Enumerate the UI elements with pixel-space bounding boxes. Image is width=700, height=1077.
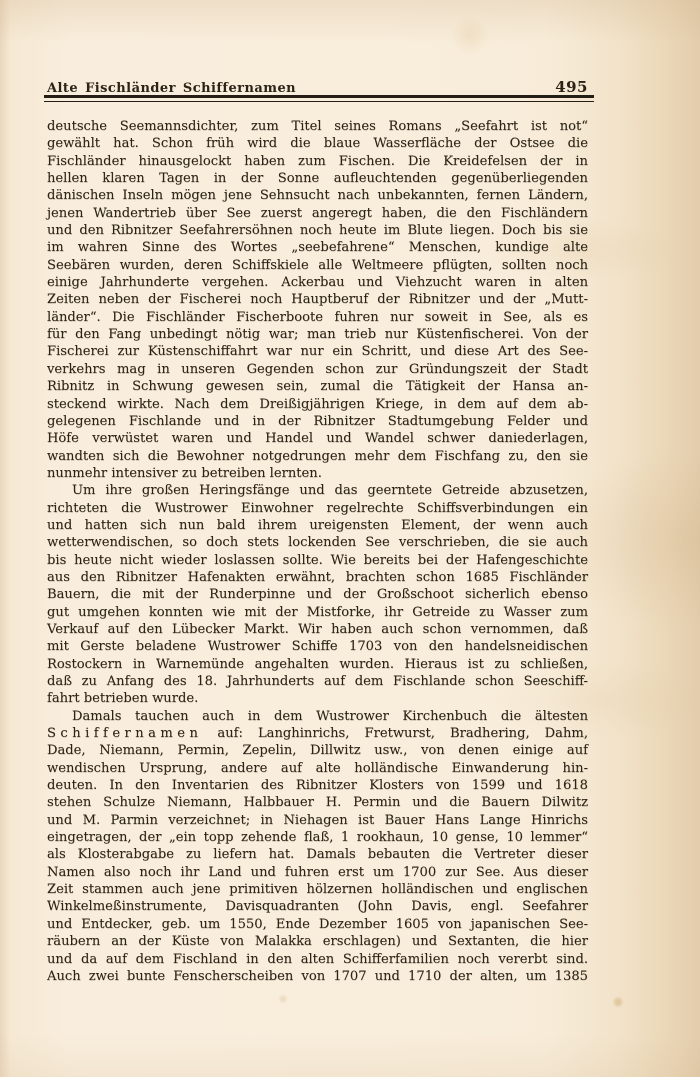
text-line: Zeiten neben der Fischerei noch Hauptber…	[47, 291, 588, 308]
header-rule-thick	[44, 95, 594, 98]
text-line: Bauern, die mit der Runderpinne und der …	[47, 586, 588, 603]
text-line: daß zu Anfang des 18. Jahrhunderts auf d…	[47, 673, 588, 690]
text-line: verkehrs mag in unseren Gegenden schon z…	[47, 361, 588, 378]
text-line: und da auf dem Fischland in den alten Sc…	[47, 951, 588, 968]
text-line: Ribnitz in Schwung gewesen sein, zumal d…	[47, 378, 588, 395]
text-line: für den Fang unbedingt nötig war; man tr…	[47, 326, 588, 343]
text-line: deutsche Seemannsdichter, zum Titel sein…	[47, 118, 588, 135]
page-number: 495	[555, 79, 588, 96]
text-line: nunmehr intensiver zu betreiben lernten.	[47, 465, 588, 482]
body-text: deutsche Seemannsdichter, zum Titel sein…	[47, 118, 588, 985]
text-line: hellen klaren Tagen in der Sonne aufleuc…	[47, 170, 588, 187]
text-line: gelegenen Fischlande und in der Ribnitze…	[47, 413, 588, 430]
text-line: steckend wirkte. Nach dem Dreißigjährige…	[47, 396, 588, 413]
paragraph: deutsche Seemannsdichter, zum Titel sein…	[47, 118, 588, 482]
text-line: Damals tauchen auch in dem Wustrower Kir…	[47, 708, 588, 725]
paragraph: Um ihre großen Heringsfänge und das geer…	[47, 482, 588, 707]
text-line: räubern an der Küste von Malakka erschla…	[47, 933, 588, 950]
text-line: Auch zwei bunte Fenscherscheiben von 170…	[47, 968, 588, 985]
scanned-page: Alte Fischländer Schiffernamen 495 deuts…	[0, 0, 700, 1077]
text-line: bis heute nicht wieder loslassen sollte.…	[47, 552, 588, 569]
text-line: wetterwendischen, so doch stets lockende…	[47, 534, 588, 551]
text-line: dänischen Inseln mögen jene Sehnsucht na…	[47, 187, 588, 204]
text-line: fahrt betrieben wurde.	[47, 690, 588, 707]
text-line: wandten sich die Bewohner notgedrungen m…	[47, 448, 588, 465]
text-line: gut umgehen konnten wie mit der Mistfork…	[47, 604, 588, 621]
text-line: Zeit stammen auch jene primitiven hölzer…	[47, 881, 588, 898]
text-line: Schiffernamen auf: Langhinrichs, Fretwur…	[47, 725, 588, 742]
text-line: und Entdecker, geb. um 1550, Ende Dezemb…	[47, 916, 588, 933]
text-line: Rostockern in Warnemünde angehalten wurd…	[47, 656, 588, 673]
text-line: gewählt hat. Schon früh wird die blaue W…	[47, 135, 588, 152]
text-line: Fischländer hinausgelockt haben zum Fisc…	[47, 153, 588, 170]
page-header: Alte Fischländer Schiffernamen 495	[47, 79, 588, 96]
text-line: einige Jahrhunderte vergehen. Ackerbau u…	[47, 274, 588, 291]
text-line: Höfe verwüstet waren und Handel und Wand…	[47, 430, 588, 447]
text-line: Um ihre großen Heringsfänge und das geer…	[47, 482, 588, 499]
text-line: und hatten sich nun bald ihrem ureigenst…	[47, 517, 588, 534]
text-line: Winkelmeßinstrumente, Davisquadranten (J…	[47, 898, 588, 915]
text-line: und den Ribnitzer Seefahrersöhnen noch h…	[47, 222, 588, 239]
text-line: Verkauf auf den Lübecker Markt. Wir habe…	[47, 621, 588, 638]
text-line: stehen Schulze Niemann, Halbbauer H. Per…	[47, 794, 588, 811]
text-line: als Klosterabgabe zu liefern hat. Damals…	[47, 846, 588, 863]
text-line: und M. Parmin verzeichnet; in Niehagen i…	[47, 812, 588, 829]
text-line: Dade, Niemann, Permin, Zepelin, Dillwitz…	[47, 742, 588, 759]
text-line: eingetragen, der „ein topp zehende flaß,…	[47, 829, 588, 846]
text-line: richteten die Wustrower Einwohner regelr…	[47, 500, 588, 517]
header-rule-thin	[44, 101, 594, 102]
text-line: Seebären wurden, deren Schiffskiele alle…	[47, 257, 588, 274]
text-line: Fischerei zur Küstenschiffahrt war nur e…	[47, 343, 588, 360]
text-line: jenen Wandertrieb über See zuerst angere…	[47, 205, 588, 222]
letterspaced-term: Schiffernamen	[47, 726, 202, 741]
text-line: mit Gerste beladene Wustrower Schiffe 17…	[47, 638, 588, 655]
text-line: aus den Ribnitzer Hafenakten erwähnt, br…	[47, 569, 588, 586]
text-line: Namen also noch ihr Land und fuhren erst…	[47, 864, 588, 881]
text-line: länder“. Die Fischländer Fischerboote fu…	[47, 309, 588, 326]
paragraph: Damals tauchen auch in dem Wustrower Kir…	[47, 708, 588, 986]
text-line: wendischen Ursprung, andere auf alte hol…	[47, 760, 588, 777]
text-line: deuten. In den Inventarien des Ribnitzer…	[47, 777, 588, 794]
text-line: im wahren Sinne des Wortes „seebefahrene…	[47, 239, 588, 256]
